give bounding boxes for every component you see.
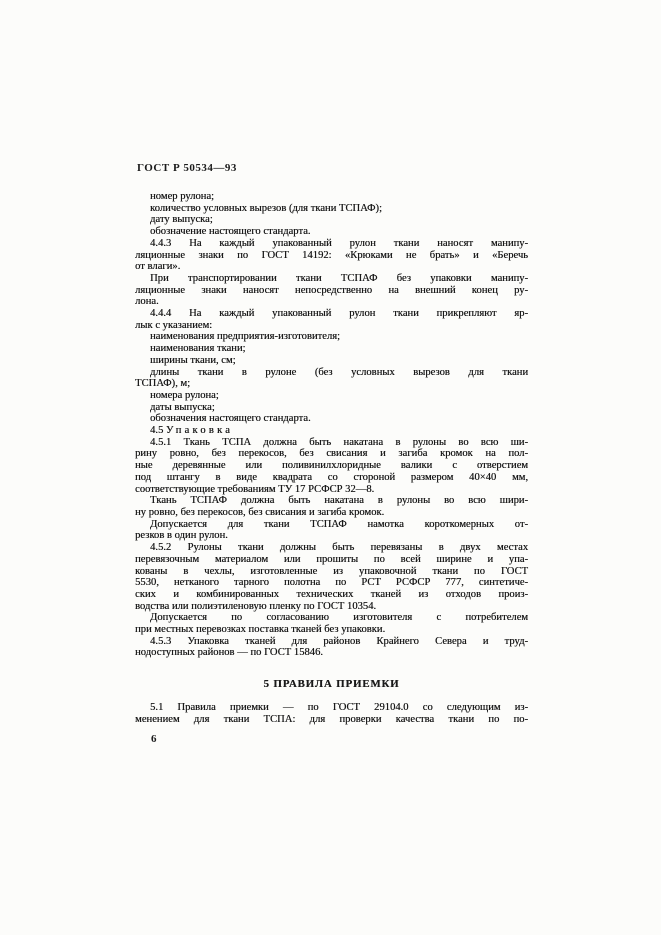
text-line: резков в один рулон. — [135, 530, 528, 542]
page-number: 6 — [151, 733, 157, 745]
list-item-line: наименования предприятия-изготовителя; — [135, 331, 528, 343]
list-item-line: обозначение настоящего стандарта. — [135, 226, 528, 238]
text-block: номер рулона;количество условных вырезов… — [135, 191, 528, 725]
list-item-line: даты выпуска; — [135, 402, 528, 414]
text-line: Ткань ТСПАФ должна быть накатана в рулон… — [135, 495, 528, 507]
running-header: ГОСТ Р 50534—93 — [137, 162, 237, 174]
text-line: 4.5.2 Рулоны ткани должны быть перевязан… — [135, 542, 528, 554]
text-line: лык с указанием: — [135, 320, 528, 332]
text-line: перевязочным материалом или прошиты по в… — [135, 554, 528, 566]
list-item-line: номера рулона; — [135, 390, 528, 402]
text-line: водства или полиэтиленовую пленку по ГОС… — [135, 601, 528, 613]
text-line: лона. — [135, 296, 528, 308]
text-line: от влаги». — [135, 261, 528, 273]
text-line: 4.4.4 На каждый упакованный рулон ткани … — [135, 308, 528, 320]
subsection-number: 4.5 — [150, 425, 166, 436]
list-item-line: дату выпуска; — [135, 214, 528, 226]
text-line: ских и комбинированных технических ткане… — [135, 589, 528, 601]
list-item-line: номер рулона; — [135, 191, 528, 203]
text-line: ляционные знаки по ГОСТ 14192: «Крюками … — [135, 250, 528, 262]
text-line: 4.5.3 Упаковка тканей для районов Крайне… — [135, 636, 528, 648]
text-line: ные деревянные или поливинилхлоридные ва… — [135, 460, 528, 472]
list-item-line: наименования ткани; — [135, 343, 528, 355]
text-line: 5530, нетканого тарного полотна по РСТ Р… — [135, 577, 528, 589]
text-line: ну ровно, без перекосов, без свисания и … — [135, 507, 528, 519]
text-line: рину ровно, без перекосов, без свисания … — [135, 448, 528, 460]
text-line: кованы в чехлы, изготовленные из упаково… — [135, 566, 528, 578]
text-line: Допускается для ткани ТСПАФ намотка коро… — [135, 519, 528, 531]
subsection-title: Упаковка — [166, 425, 233, 436]
text-line: менением для ткани ТСПА: для проверки ка… — [135, 714, 528, 726]
text-line: под штангу в виде квадрата со стороной р… — [135, 472, 528, 484]
text-line: длины ткани в рулоне (без условных вырез… — [135, 367, 528, 379]
subsection-heading: 4.5 Упаковка — [135, 425, 528, 437]
text-line: соответствующие требованиям ТУ 17 РСФСР … — [135, 484, 528, 496]
text-line: При транспортировании ткани ТСПАФ без уп… — [135, 273, 528, 285]
text-line: ТСПАФ), м; — [135, 378, 528, 390]
text-line: 5.1 Правила приемки — по ГОСТ 29104.0 со… — [135, 702, 528, 714]
text-line: 4.5.1 Ткань ТСПА должна быть накатана в … — [135, 437, 528, 449]
section-heading: 5 ПРАВИЛА ПРИЕМКИ — [135, 679, 528, 691]
text-line: 4.4.3 На каждый упакованный рулон ткани … — [135, 238, 528, 250]
text-line: ляционные знаки наносят непосредственно … — [135, 285, 528, 297]
text-line: нодоступных районов — по ГОСТ 15846. — [135, 647, 528, 659]
text-line: Допускается по согласованию изготовителя… — [135, 612, 528, 624]
list-item-line: ширины ткани, см; — [135, 355, 528, 367]
document-page: ГОСТ Р 50534—93 номер рулона;количество … — [0, 0, 661, 935]
text-line: при местных перевозках поставка тканей б… — [135, 624, 528, 636]
list-item-line: количество условных вырезов (для ткани Т… — [135, 203, 528, 215]
list-item-line: обозначения настоящего стандарта. — [135, 413, 528, 425]
